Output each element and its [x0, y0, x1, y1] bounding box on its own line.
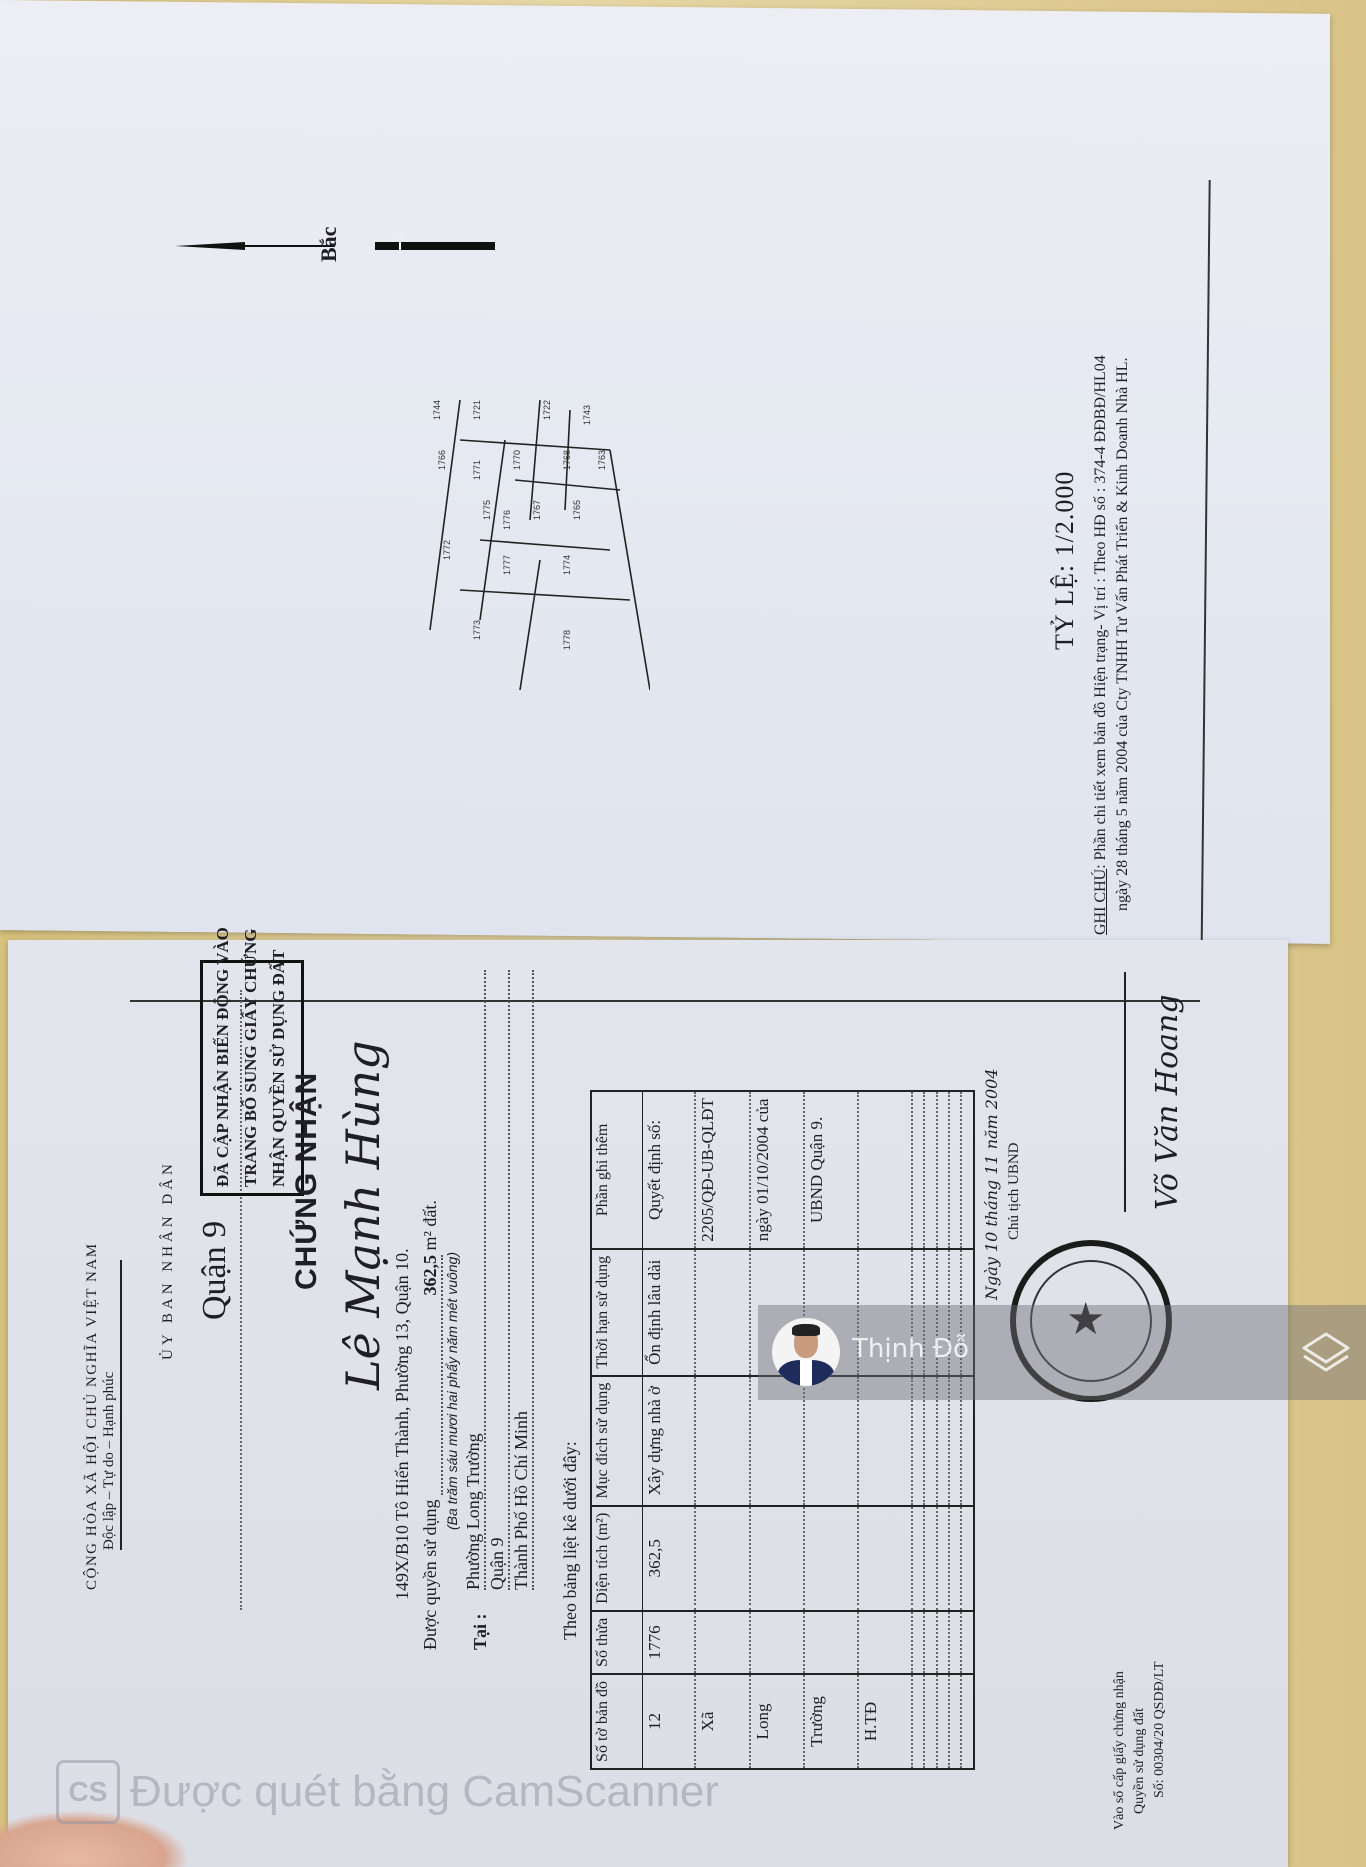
profile-tag-bar[interactable] [758, 1305, 1366, 1400]
signer-name: Võ Văn Hoang [1150, 994, 1185, 1210]
update-stamp-box: ĐÃ CẬP NHẬN BIẾN ĐỘNG VÀO TRANG BỔ SUNG … [200, 960, 304, 1196]
table-cell [695, 1376, 749, 1506]
table-cell [858, 1506, 912, 1611]
parcel-number: 1766 [437, 450, 447, 470]
certificate-title: CHỨNG NHẬN [290, 1072, 324, 1290]
use-right-line: Được quyền sử dụng 362,5 m² đất. [420, 1200, 443, 1650]
table-cell [949, 1091, 961, 1249]
table-cell [695, 1611, 749, 1674]
table-cell [750, 1506, 804, 1611]
profile-avatar[interactable] [772, 1318, 840, 1386]
table-cell [961, 1091, 974, 1249]
table-cell [695, 1249, 749, 1376]
use-right-label: Được quyền sử dụng [420, 1499, 440, 1650]
north-label: Bắc [316, 227, 342, 262]
table-cell: Trường [804, 1674, 858, 1769]
parcel-number: 1768 [562, 450, 572, 470]
table-cell: Xã [695, 1674, 749, 1769]
table-cell [858, 1611, 912, 1674]
parcel-number: 1776 [502, 510, 512, 530]
parcel-number: 1721 [472, 400, 482, 420]
motto-underline [120, 1260, 122, 1550]
district-label: Quận 9 [196, 1221, 234, 1320]
registry-line: Quyền sử dụng đất [1130, 1662, 1150, 1830]
table-cell [949, 1611, 961, 1674]
parcel-number: 1767 [532, 500, 542, 520]
scale-label: TỶ LỆ: 1/2.000 [1050, 471, 1080, 650]
table-cell [949, 1506, 961, 1611]
table-cell [804, 1611, 858, 1674]
table-header-cell: Số tờ bản đồ [591, 1674, 643, 1769]
national-title: CỘNG HÒA XÃ HỘI CHỦ NGHĨA VIỆT NAM [84, 1242, 101, 1590]
table-cell: Xây dựng nhà ở [643, 1376, 696, 1506]
land-parcel-table: Số tờ bản đồSố thửaDiện tích (m²)Mục đíc… [590, 1090, 975, 1770]
table-cell [750, 1611, 804, 1674]
table-row [961, 1091, 974, 1769]
table-header-cell: Mục đích sử dụng [591, 1376, 643, 1506]
note-label: GHI CHÚ [1092, 869, 1109, 935]
table-cell [912, 1674, 924, 1769]
table-header-cell: Thời hạn sử dụng [591, 1249, 643, 1376]
location-city: Thành Phố Hồ Chí Minh [510, 970, 534, 1590]
location-district: Quận 9 [486, 970, 510, 1590]
table-cell [695, 1506, 749, 1611]
table-cell [937, 1611, 949, 1674]
table-cell [937, 1506, 949, 1611]
parcel-number: 1774 [562, 555, 572, 575]
table-cell [924, 1674, 936, 1769]
note-line-2: ngày 28 tháng 5 năm 2004 của Cty TNHH Tư… [1112, 355, 1134, 935]
parcel-number: 1772 [442, 540, 452, 560]
registry-line: Vào sổ cấp giấy chứng nhận [1110, 1662, 1130, 1830]
note-line-1: : Phần chi tiết xem bản đồ Hiện trạng- V… [1092, 355, 1109, 869]
table-cell [949, 1674, 961, 1769]
table-row: H.TĐ [858, 1091, 912, 1769]
parcel-number: 1770 [512, 450, 522, 470]
registry-block: Vào sổ cấp giấy chứng nhận Quyền sử dụng… [1110, 1662, 1170, 1830]
stamp-line: NHẬN QUYỀN SỬ DỤNG ĐẤT [265, 927, 293, 1187]
stamp-line: TRANG BỔ SUNG GIẤY CHỨNG [237, 927, 265, 1187]
table-row [924, 1091, 936, 1769]
table-cell [924, 1091, 936, 1249]
table-cell [858, 1091, 912, 1249]
parcel-number: 1778 [562, 630, 572, 650]
owner-address: 149X/B10 Tô Hiến Thành, Phường 13, Quận … [392, 1248, 413, 1600]
table-cell: Ổn định lâu dài [643, 1249, 696, 1376]
table-cell [961, 1674, 974, 1769]
table-cell [912, 1506, 924, 1611]
watermark-text: Được quét bằng CamScanner [130, 1767, 719, 1817]
parcel-number: 1773 [472, 620, 482, 640]
table-cell: ngày 01/10/2004 của [750, 1091, 804, 1249]
parcel-number: 1744 [432, 400, 442, 420]
table-cell [937, 1674, 949, 1769]
camscanner-logo-icon: CS [56, 1760, 120, 1824]
area-value: 362,5 [420, 1255, 443, 1495]
table-header-row: Số tờ bản đồSố thửaDiện tích (m²)Mục đíc… [591, 1091, 643, 1769]
table-row: TrườngUBND Quận 9. [804, 1091, 858, 1769]
table-cell: 362,5 [643, 1506, 696, 1611]
area-in-words: (Ba trăm sáu mươi hai phẩy năm mét vuông… [444, 1252, 460, 1530]
table-cell: 12 [643, 1674, 696, 1769]
table-cell [912, 1611, 924, 1674]
parcel-number: 1722 [542, 400, 552, 420]
owner-name: Lê Mạnh Hùng [336, 1040, 390, 1390]
table-header-cell: Số thửa [591, 1611, 643, 1674]
location-label: Tại : [470, 1613, 491, 1650]
table-cell [924, 1611, 936, 1674]
parcel-number: 1743 [582, 405, 592, 425]
table-row [949, 1091, 961, 1769]
table-cell [804, 1506, 858, 1611]
table-cell: UBND Quận 9. [804, 1091, 858, 1249]
sign-date: Ngày 10 tháng 11 năm 2004 [982, 1068, 1001, 1300]
parcel-number: 1765 [572, 500, 582, 520]
map-note: GHI CHÚ: Phần chi tiết xem bản đồ Hiện t… [1090, 355, 1134, 935]
registry-line: Số: 00304/20 QSDĐ/LT [1150, 1662, 1170, 1830]
table-intro: Theo bảng liệt kê dưới đây: [560, 1441, 581, 1640]
table-cell [937, 1091, 949, 1249]
committee-label: ỦY BAN NHÂN DÂN [160, 1160, 177, 1360]
layers-icon[interactable] [1300, 1330, 1352, 1378]
table-row [912, 1091, 924, 1769]
table-row: 121776362,5Xây dựng nhà ởỔn định lâu dài… [643, 1091, 696, 1769]
motto: Độc lập – Tự do – Hạnh phúc [101, 1242, 118, 1590]
parcel-number: 1775 [482, 500, 492, 520]
table-cell: H.TĐ [858, 1674, 912, 1769]
table-cell [912, 1091, 924, 1249]
stamp-line: ĐÃ CẬP NHẬN BIẾN ĐỘNG VÀO [209, 927, 237, 1187]
area-unit: m² đất. [420, 1200, 440, 1250]
table-cell [961, 1611, 974, 1674]
table-cell: Long [750, 1674, 804, 1769]
sign-role: Chủ tịch UBND [1006, 1143, 1023, 1241]
parcel-map: 1744172117221743176617711770176817631775… [420, 400, 650, 690]
location-ward: Phường Long Trường [462, 970, 486, 1590]
camscanner-watermark: CS Được quét bằng CamScanner [56, 1760, 719, 1824]
table-cell [924, 1506, 936, 1611]
location-block: Phường Long Trường Quận 9 Thành Phố Hồ C… [462, 970, 534, 1590]
profile-name[interactable]: Thịnh Đỗ [852, 1334, 969, 1364]
parcel-number: 1763 [597, 450, 607, 470]
table-header-cell: Diện tích (m²) [591, 1506, 643, 1611]
table-row: Longngày 01/10/2004 của [750, 1091, 804, 1769]
table-cell: 2205/QĐ-UB-QLĐT [695, 1091, 749, 1249]
table-header-cell: Phần ghi thêm [591, 1091, 643, 1249]
parcel-number: 1771 [472, 460, 482, 480]
table-row: Xã2205/QĐ-UB-QLĐT [695, 1091, 749, 1769]
signature-line [1124, 972, 1126, 1212]
national-header: CỘNG HÒA XÃ HỘI CHỦ NGHĨA VIỆT NAM Độc l… [84, 1242, 122, 1590]
table-row [937, 1091, 949, 1769]
table-cell: 1776 [643, 1611, 696, 1674]
parcel-number: 1777 [502, 555, 512, 575]
table-cell [961, 1506, 974, 1611]
table-cell: Quyết định số: [643, 1091, 696, 1249]
